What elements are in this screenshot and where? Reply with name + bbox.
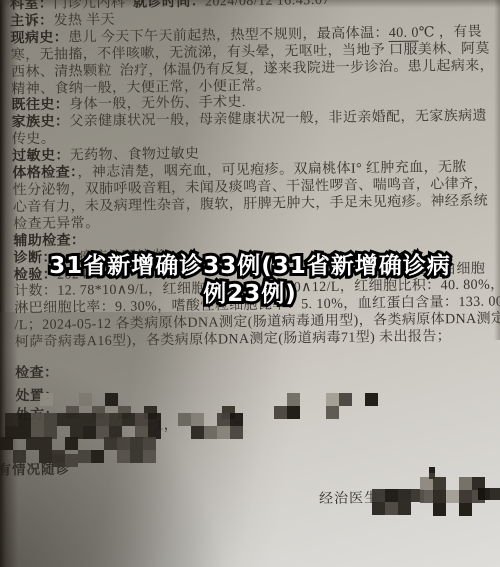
- news-banner: 31省新增确诊33例(31省新增确诊病 例23例): [0, 252, 500, 308]
- photo: 科室：门诊儿内科 就诊时间：2024/08/12 16:43:07主诉：发热 半…: [0, 0, 500, 567]
- redaction-mosaic: [429, 467, 435, 475]
- redaction-mosaic: [178, 413, 234, 437]
- redaction-mosaic: [52, 454, 68, 466]
- redaction-mosaic: [5, 413, 155, 439]
- redaction-mosaic: [478, 488, 494, 500]
- redaction-mosaic: [40, 393, 376, 414]
- redaction-mosaic: [420, 477, 478, 505]
- doctor-label: 经治医生: [319, 487, 379, 508]
- news-banner-line1: 31省新增确诊33例(31省新增确诊病: [0, 252, 500, 280]
- document-text: 科室：门诊儿内科 就诊时间：2024/08/12 16:43:07主诉：发热 半…: [10, 0, 500, 425]
- redaction-mosaic: [372, 489, 412, 505]
- news-banner-line2: 例23例): [0, 280, 500, 308]
- doc-line: 检查：: [15, 359, 500, 383]
- photo-dark-edge-top: [0, 0, 500, 8]
